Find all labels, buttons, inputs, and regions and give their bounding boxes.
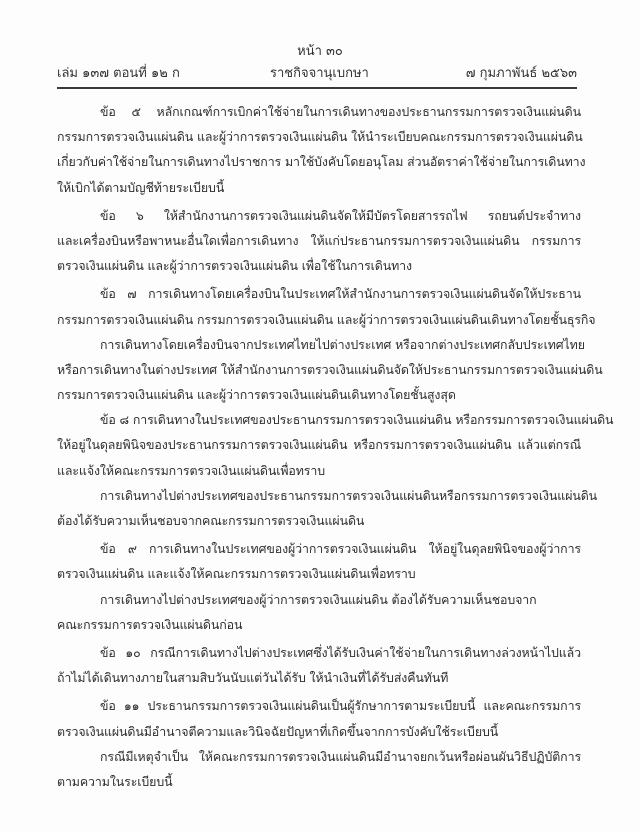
paragraph-line: และเครื่องบินหรือพาหนะอื่นใดเพื่อการเดิน… <box>57 228 581 253</box>
clause-7: ข้อ ๗ การเดินทางโดยเครื่องบินในประเทศให้… <box>57 281 581 331</box>
clause-9: ข้อ ๙ การเดินทางในประเทศของผู้ว่าการตรวจ… <box>57 536 581 586</box>
clause-7-international: การเดินทางโดยเครื่องบินจากประเทศไทยไปต่า… <box>57 332 581 408</box>
clause-6: ข้อ ๖ ให้สำนักงานการตรวจเงินแผ่นดินจัดให… <box>57 203 581 279</box>
paragraph-line: ข้อ ๘ การเดินทางในประเทศของประธานกรรมการ… <box>57 407 581 432</box>
paragraph-line: ตรวจเงินแผ่นดิน และแจ้งให้คณะกรรมการตรวจ… <box>57 561 581 586</box>
clause-11: ข้อ ๑๑ ประธานกรรมการตรวจเงินแผ่นดินเป็นผ… <box>57 693 581 743</box>
paragraph-line: กรณีมีเหตุจำเป็น ให้คณะกรรมการตรวจเงินแผ… <box>57 744 581 769</box>
paragraph-line: กรรมการตรวจเงินแผ่นดิน กรรมการตรวจเงินแผ… <box>57 307 581 332</box>
paragraph-line: ข้อ ๕ หลักเกณฑ์การเบิกค่าใช้จ่ายในการเดิ… <box>57 99 581 124</box>
publication-date: ๗ กุมภาพันธ์ ๒๕๖๓ <box>466 62 577 83</box>
paragraph-line: ข้อ ๖ ให้สำนักงานการตรวจเงินแผ่นดินจัดให… <box>57 203 581 228</box>
clause-11-exception: กรณีมีเหตุจำเป็น ให้คณะกรรมการตรวจเงินแผ… <box>57 744 581 794</box>
page-number: หน้า ๓๐ <box>0 40 640 61</box>
paragraph-line: การเดินทางไปต่างประเทศของประธานกรรมการตร… <box>57 483 581 508</box>
paragraph-line: และแจ้งให้คณะกรรมการตรวจเงินแผ่นดินเพื่อ… <box>57 458 581 483</box>
paragraph-line: ตรวจเงินแผ่นดิน และผู้ว่าการตรวจเงินแผ่น… <box>57 253 581 278</box>
clause-8: ข้อ ๘ การเดินทางในประเทศของประธานกรรมการ… <box>57 407 581 483</box>
paragraph-line: กรรมการตรวจเงินแผ่นดิน และผู้ว่าการตรวจเ… <box>57 382 581 407</box>
clause-9-international: การเดินทางไปต่างประเทศของผู้ว่าการตรวจเง… <box>57 587 581 637</box>
paragraph-line: กรรมการตรวจเงินแผ่นดิน และผู้ว่าการตรวจเ… <box>57 124 581 149</box>
clause-8-international: การเดินทางไปต่างประเทศของประธานกรรมการตร… <box>57 483 581 533</box>
paragraph-line: คณะกรรมการตรวจเงินแผ่นดินก่อน <box>57 612 581 637</box>
clause-10: ข้อ ๑๐ กรณีการเดินทางไปต่างประเทศซึ่งได้… <box>57 640 581 690</box>
paragraph-line: ข้อ ๑๐ กรณีการเดินทางไปต่างประเทศซึ่งได้… <box>57 640 581 665</box>
paragraph-line: ถ้าไม่ได้เดินทางภายในสามสิบวันนับแต่วันไ… <box>57 665 581 690</box>
paragraph-line: เกี่ยวกับค่าใช้จ่ายในการเดินทางไปราชการ … <box>57 149 581 174</box>
paragraph-line: ต้องได้รับความเห็นชอบจากคณะกรรมการตรวจเง… <box>57 508 581 533</box>
paragraph-line: ข้อ ๙ การเดินทางในประเทศของผู้ว่าการตรวจ… <box>57 536 581 561</box>
document-body: ข้อ ๕ หลักเกณฑ์การเบิกค่าใช้จ่ายในการเดิ… <box>57 99 581 794</box>
paragraph-line: ให้เบิกได้ตามบัญชีท้ายระเบียบนี้ <box>57 175 581 200</box>
paragraph-line: ตามความในระเบียบนี้ <box>57 769 581 794</box>
header-divider <box>57 87 577 89</box>
paragraph-line: ตรวจเงินแผ่นดินมีอำนาจตีความและวินิจฉัยป… <box>57 719 581 744</box>
paragraph-line: การเดินทางไปต่างประเทศของผู้ว่าการตรวจเง… <box>57 587 581 612</box>
clause-5: ข้อ ๕ หลักเกณฑ์การเบิกค่าใช้จ่ายในการเดิ… <box>57 99 581 200</box>
paragraph-line: หรือการเดินทางในต่างประเทศ ให้สำนักงานกา… <box>57 357 581 382</box>
paragraph-line: การเดินทางโดยเครื่องบินจากประเทศไทยไปต่า… <box>57 332 581 357</box>
volume-issue: เล่ม ๑๓๗ ตอนที่ ๑๒ ก <box>57 62 180 83</box>
gazette-page: หน้า ๓๐ เล่ม ๑๓๗ ตอนที่ ๑๒ ก ราชกิจจานุเ… <box>0 0 640 832</box>
publication-title: ราชกิจจานุเบกษา <box>270 62 369 83</box>
gazette-header: เล่ม ๑๓๗ ตอนที่ ๑๒ ก ราชกิจจานุเบกษา ๗ ก… <box>57 62 577 82</box>
paragraph-line: ข้อ ๗ การเดินทางโดยเครื่องบินในประเทศให้… <box>57 281 581 306</box>
paragraph-line: ข้อ ๑๑ ประธานกรรมการตรวจเงินแผ่นดินเป็นผ… <box>57 693 581 718</box>
paragraph-line: ให้อยู่ในดุลยพินิจของประธานกรรมการตรวจเง… <box>57 432 581 457</box>
